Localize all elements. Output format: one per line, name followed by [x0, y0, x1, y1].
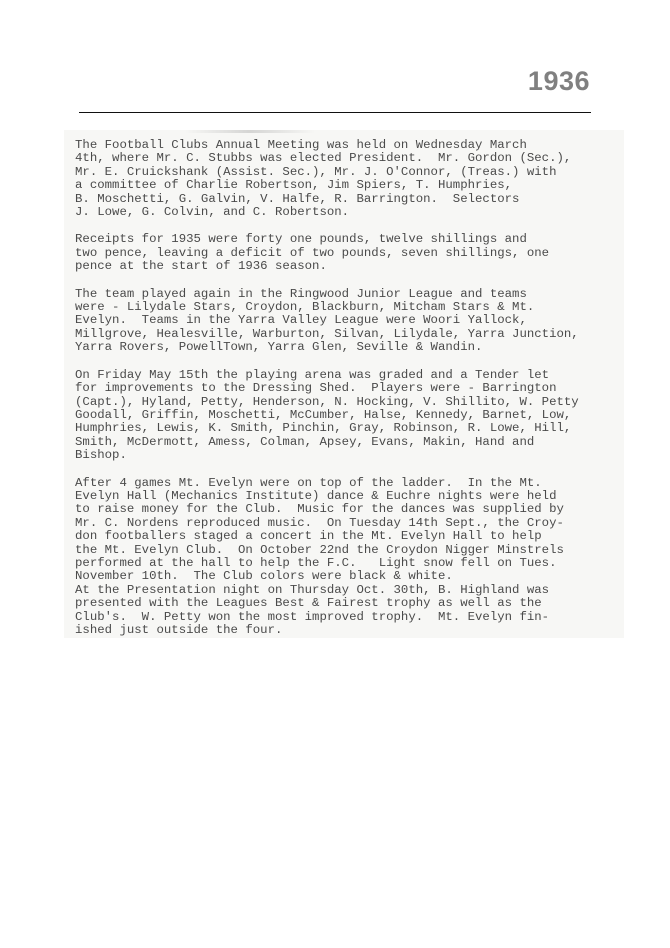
text-line: ished just outside the four.	[75, 624, 624, 637]
text-line: pence at the start of 1936 season.	[75, 260, 624, 273]
text-line: After 4 games Mt. Evelyn were on top of …	[75, 477, 624, 490]
paragraph: After 4 games Mt. Evelyn were on top of …	[75, 477, 624, 638]
text-line: Goodall, Griffin, Moschetti, McCumber, H…	[75, 409, 624, 422]
text-line: 4th, where Mr. C. Stubbs was elected Pre…	[75, 152, 624, 165]
text-line: Humphries, Lewis, K. Smith, Pinchin, Gra…	[75, 422, 624, 435]
text-line: Mr. C. Nordens reproduced music. On Tues…	[75, 517, 624, 530]
text-line: Club's. W. Petty won the most improved t…	[75, 611, 624, 624]
text-line: Bishop.	[75, 449, 624, 462]
text-line: don footballers staged a concert in the …	[75, 530, 624, 543]
text-line: Evelyn. Teams in the Yarra Valley League…	[75, 314, 624, 327]
text-line: (Capt.), Hyland, Petty, Henderson, N. Ho…	[75, 396, 624, 409]
paragraph: Receipts for 1935 were forty one pounds,…	[75, 233, 624, 273]
text-line: presented with the Leagues Best & Faires…	[75, 597, 624, 610]
text-line: B. Moschetti, G. Galvin, V. Halfe, R. Ba…	[75, 193, 624, 206]
text-line: the Mt. Evelyn Club. On October 22nd the…	[75, 544, 624, 557]
text-line: On Friday May 15th the playing arena was…	[75, 369, 624, 382]
paragraph: The Football Clubs Annual Meeting was he…	[75, 139, 624, 219]
text-line: J. Lowe, G. Colvin, and C. Robertson.	[75, 206, 624, 219]
heading-rule	[79, 112, 591, 113]
text-line: two pence, leaving a deficit of two poun…	[75, 247, 624, 260]
text-line: Mr. E. Cruickshank (Assist. Sec.), Mr. J…	[75, 166, 624, 179]
text-line: a committee of Charlie Robertson, Jim Sp…	[75, 179, 624, 192]
year-heading: 1936	[528, 68, 590, 95]
text-line: Smith, McDermott, Amess, Colman, Apsey, …	[75, 436, 624, 449]
text-line: At the Presentation night on Thursday Oc…	[75, 584, 624, 597]
text-line: to raise money for the Club. Music for t…	[75, 503, 624, 516]
document-page: 1936 The Football Clubs Annual Meeting w…	[0, 0, 670, 948]
text-line: were - Lilydale Stars, Croydon, Blackbur…	[75, 301, 624, 314]
paragraph: The team played again in the Ringwood Ju…	[75, 288, 624, 355]
text-line: The team played again in the Ringwood Ju…	[75, 288, 624, 301]
text-line: for improvements to the Dressing Shed. P…	[75, 382, 624, 395]
scan-edge-shadow	[185, 130, 315, 133]
text-line: November 10th. The Club colors were blac…	[75, 570, 624, 583]
paragraph: On Friday May 15th the playing arena was…	[75, 369, 624, 463]
text-line: performed at the hall to help the F.C. L…	[75, 557, 624, 570]
text-line: Millgrove, Healesville, Warburton, Silva…	[75, 328, 624, 341]
text-line: Receipts for 1935 were forty one pounds,…	[75, 233, 624, 246]
text-line: Yarra Rovers, PowellTown, Yarra Glen, Se…	[75, 341, 624, 354]
text-line: The Football Clubs Annual Meeting was he…	[75, 139, 624, 152]
text-line: Evelyn Hall (Mechanics Institute) dance …	[75, 490, 624, 503]
scanned-typescript: The Football Clubs Annual Meeting was he…	[64, 130, 624, 638]
